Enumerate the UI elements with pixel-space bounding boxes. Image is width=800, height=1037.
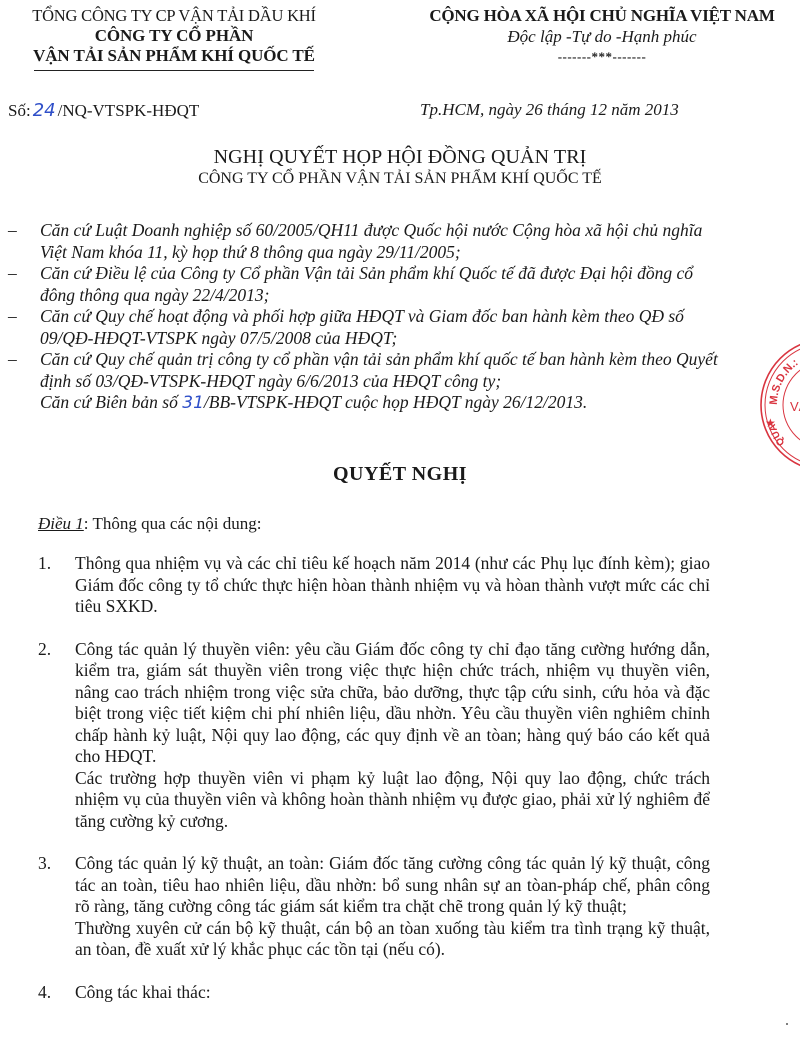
item-paragraph: Thường xuyên cử cán bộ kỹ thuật, cán bộ … (75, 918, 710, 961)
item-paragraph: Công tác quản lý kỹ thuật, an toàn: Giám… (75, 853, 710, 918)
item-number: 4. (38, 982, 51, 1004)
legal-basis-item: – Căn cứ Điều lệ của Công ty Cổ phần Vận… (8, 263, 720, 306)
resolution-items: 1. Thông qua nhiệm vụ và các chỉ tiêu kế… (38, 553, 710, 1003)
dash-bullet: – (8, 220, 17, 242)
issuer-header: TỔNG CÔNG TY CP VẬN TẢI DẦU KHÍ CÔNG TY … (0, 6, 348, 71)
item-paragraph: Các trường hợp thuyền viên vi phạm kỷ lu… (75, 768, 710, 833)
title-line1: NGHỊ QUYẾT HỌP HỘI ĐỒNG QUẢN TRỊ (0, 145, 800, 169)
dash-bullet: – (8, 306, 17, 328)
dash-bullet: – (8, 263, 17, 285)
title-line2: CÔNG TY CỔ PHẦN VẬN TẢI SẢN PHẨM KHÍ QUỐ… (0, 169, 800, 189)
resolution-item: 1. Thông qua nhiệm vụ và các chỉ tiêu kế… (38, 553, 710, 618)
legal-basis-item: – Căn cứ Luật Doanh nghiệp số 60/2005/QH… (8, 220, 720, 263)
minutes-basis-prefix: Căn cứ Biên bản số (40, 392, 182, 412)
legal-basis-text: Căn cứ Quy chế quản trị công ty cổ phần … (40, 349, 718, 391)
item-number: 2. (38, 639, 51, 661)
article-1: Điều 1: Thông qua các nội dung: (38, 514, 261, 534)
resolution-item: 4. Công tác khai thác: (38, 982, 710, 1004)
legal-bases: – Căn cứ Luật Doanh nghiệp số 60/2005/QH… (8, 220, 720, 415)
minutes-basis-suffix: /BB-VTSPK-HĐQT cuộc họp HĐQT ngày 26/12/… (204, 392, 587, 412)
dash-bullet: – (8, 349, 17, 371)
document-page: TỔNG CÔNG TY CP VẬN TẢI DẦU KHÍ CÔNG TY … (0, 0, 800, 1037)
company-name-line1: CÔNG TY CỔ PHẦN (0, 26, 348, 46)
legal-basis-item: – Căn cứ Quy chế quản trị công ty cổ phầ… (8, 349, 720, 392)
nation-name: CỘNG HÒA XÃ HỘI CHỦ NGHĨA VIỆT NAM (404, 6, 800, 26)
legal-basis-text: Căn cứ Luật Doanh nghiệp số 60/2005/QH11… (40, 220, 702, 262)
reference-prefix: Số: (8, 101, 31, 120)
minutes-basis: Căn cứ Biên bản số 31/BB-VTSPK-HĐQT cuộc… (8, 392, 720, 415)
reference-suffix: /NQ-VTSPK-HĐQT (58, 101, 200, 120)
motto-separator: -------***------- (404, 48, 800, 66)
stamp-text-bottom: QUA (767, 422, 787, 447)
resolution-item: 3. Công tác quản lý kỹ thuật, an toàn: G… (38, 853, 710, 961)
resolution-heading: QUYẾT NGHỊ (0, 463, 800, 486)
item-paragraph: Thông qua nhiệm vụ và các chỉ tiêu kế ho… (75, 553, 710, 618)
handwritten-reference-number: 24 (31, 100, 58, 121)
article-label: Điều 1 (38, 514, 84, 533)
item-paragraph: Công tác quản lý thuyền viên: yêu cầu Gi… (75, 639, 710, 768)
header-underline (34, 70, 314, 71)
handwritten-minutes-number: 31 (182, 393, 204, 413)
national-motto: Độc lập -Tự do -Hạnh phúc (404, 26, 800, 48)
document-title: NGHỊ QUYẾT HỌP HỘI ĐỒNG QUẢN TRỊ CÔNG TY… (0, 145, 800, 189)
company-name-line2: VẬN TẢI SẢN PHẨM KHÍ QUỐC TẾ (0, 46, 348, 66)
scan-speck (786, 1023, 788, 1025)
item-number: 1. (38, 553, 51, 575)
resolution-item: 2. Công tác quản lý thuyền viên: yêu cầu… (38, 639, 710, 833)
legal-basis-item: – Căn cứ Quy chế hoạt động và phối hợp g… (8, 306, 720, 349)
parent-organization: TỔNG CÔNG TY CP VẬN TẢI DẦU KHÍ (0, 6, 348, 26)
item-number: 3. (38, 853, 51, 875)
legal-basis-text: Căn cứ Điều lệ của Công ty Cổ phần Vận t… (40, 263, 693, 305)
national-header: CỘNG HÒA XÃ HỘI CHỦ NGHĨA VIỆT NAM Độc l… (404, 6, 800, 66)
document-reference-number: Số:24/NQ-VTSPK-HĐQT (8, 100, 199, 121)
stamp-text-inner: VẬ (790, 399, 800, 414)
item-paragraph: Công tác khai thác: (75, 982, 710, 1004)
place-and-date: Tp.HCM, ngày 26 tháng 12 năm 2013 (420, 100, 679, 120)
article-text: : Thông qua các nội dung: (84, 514, 262, 533)
company-seal-stamp: M.S.D.N.: ★ QUA VẬ (757, 335, 800, 475)
legal-basis-text: Căn cứ Quy chế hoạt động và phối hợp giữ… (40, 306, 684, 348)
